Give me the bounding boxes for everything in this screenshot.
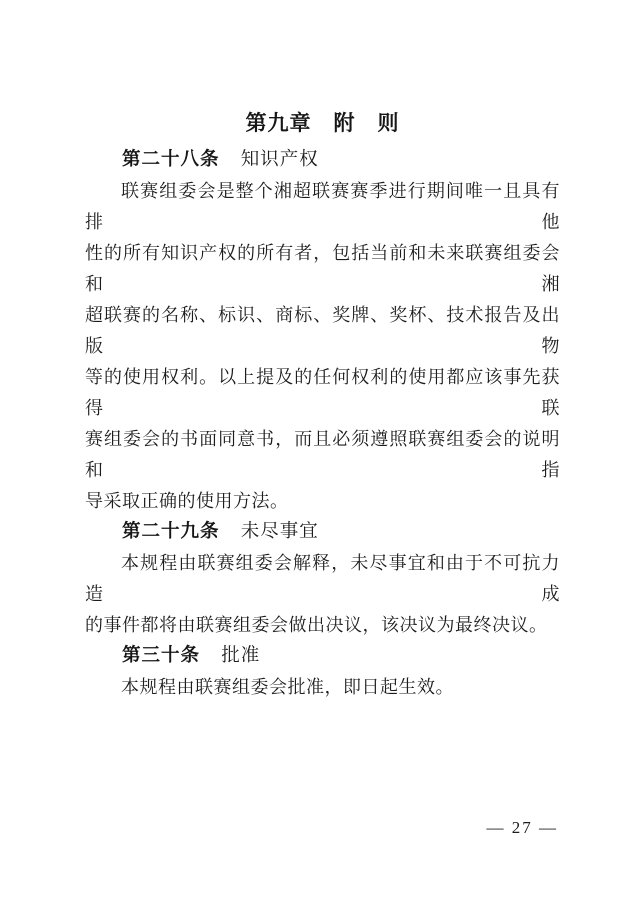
article-30: 第三十条 批准 本规程由联赛组委会批准，即日起生效。	[85, 641, 560, 703]
article-number: 第二十九条	[122, 522, 220, 542]
article-heading: 第二十九条 未尽事宜	[85, 517, 560, 548]
article-heading: 第二十八条 知识产权	[85, 145, 560, 176]
paragraph-line: 的事件都将由联赛组委会做出决议，该决议为最终决议。	[85, 610, 560, 641]
paragraph-line: 超联赛的名称、标识、商标、奖牌、奖杯、技术报告及出版物	[85, 300, 560, 362]
chapter-heading: 第九章 附 则	[85, 108, 560, 139]
paragraph-line: 本规程由联赛组委会解释，未尽事宜和由于不可抗力造成	[85, 548, 560, 610]
article-title: 批准	[221, 646, 260, 666]
paragraph-line: 本规程由联赛组委会批准，即日起生效。	[85, 672, 560, 703]
article-title: 未尽事宜	[241, 522, 319, 542]
paragraph-line: 联赛组委会是整个湘超联赛赛季进行期间唯一且具有排他	[85, 176, 560, 238]
article-heading: 第三十条 批准	[85, 641, 560, 672]
article-number: 第三十条	[122, 646, 200, 666]
article-28: 第二十八条 知识产权 联赛组委会是整个湘超联赛赛季进行期间唯一且具有排他 性的所…	[85, 145, 560, 517]
paragraph-line: 导采取正确的使用方法。	[85, 486, 560, 517]
paragraph-line: 等的使用权利。以上提及的任何权利的使用都应该事先获得联	[85, 362, 560, 424]
paragraph-line: 性的所有知识产权的所有者，包括当前和未来联赛组委会和湘	[85, 238, 560, 300]
article-title: 知识产权	[241, 150, 319, 170]
article-number: 第二十八条	[122, 150, 220, 170]
paragraph-line: 赛组委会的书面同意书，而且必须遵照联赛组委会的说明和指	[85, 424, 560, 486]
article-29: 第二十九条 未尽事宜 本规程由联赛组委会解释，未尽事宜和由于不可抗力造成 的事件…	[85, 517, 560, 641]
page-number: — 27 —	[487, 816, 559, 840]
document-page: 第九章 附 则 第二十八条 知识产权 联赛组委会是整个湘超联赛赛季进行期间唯一且…	[0, 0, 640, 905]
